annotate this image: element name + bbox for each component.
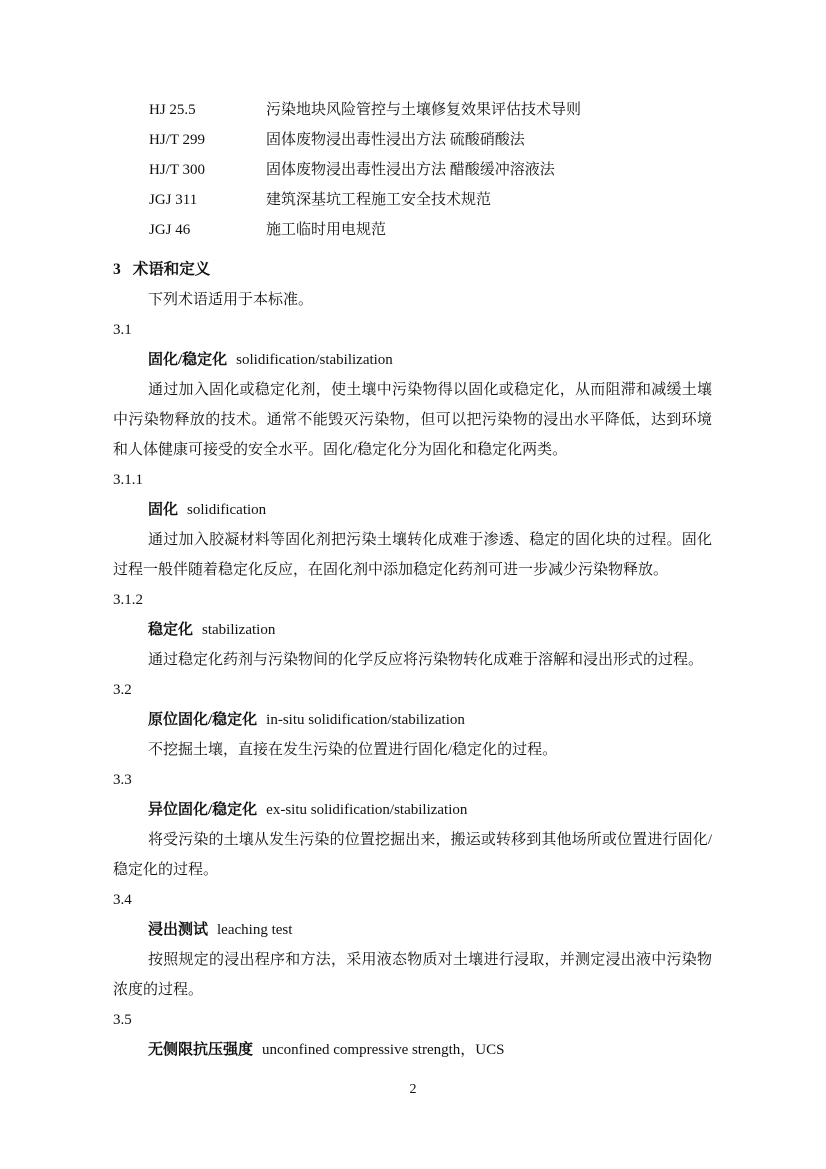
reference-title: 建筑深基坑工程施工安全技术规范 (266, 192, 491, 208)
term-definition: 按照规定的浸出程序和方法，采用液态物质对土壤进行浸取，并测定浸出液中污染物浓度的… (113, 945, 712, 1005)
reference-row: JGJ 311建筑深基坑工程施工安全技术规范 (113, 185, 712, 215)
reference-row: HJ/T 300固体废物浸出毒性浸出方法 醋酸缓冲溶液法 (113, 155, 712, 185)
reference-code: HJ 25.5 (149, 95, 266, 125)
document-page: HJ 25.5污染地块风险管控与土壤修复效果评估技术导则 HJ/T 299固体废… (0, 0, 826, 1169)
reference-row: JGJ 46施工临时用电规范 (113, 215, 712, 245)
term-name-en: unconfined compressive strength，UCS (262, 1042, 504, 1058)
term-name-en: leaching test (217, 922, 292, 938)
term-name-en: stabilization (202, 622, 275, 638)
term-name-cn: 异位固化/稳定化 (148, 802, 257, 818)
reference-title: 施工临时用电规范 (266, 222, 386, 238)
term-number: 3.1 (113, 315, 712, 345)
terms-intro: 下列术语适用于本标准。 (113, 285, 712, 315)
term-line: 原位固化/稳定化in-situ solidification/stabiliza… (113, 705, 712, 735)
term-line: 异位固化/稳定化ex-situ solidification/stabiliza… (113, 795, 712, 825)
reference-code: JGJ 311 (149, 185, 266, 215)
reference-row: HJ 25.5污染地块风险管控与土壤修复效果评估技术导则 (113, 95, 712, 125)
term-name-cn: 原位固化/稳定化 (148, 712, 257, 728)
reference-title: 固体废物浸出毒性浸出方法 醋酸缓冲溶液法 (266, 162, 555, 178)
term-line: 稳定化stabilization (113, 615, 712, 645)
term-name-cn: 固化/稳定化 (148, 352, 227, 368)
term-name-en: solidification (187, 502, 266, 518)
reference-title: 固体废物浸出毒性浸出方法 硫酸硝酸法 (266, 132, 525, 148)
term-block: 3.3 异位固化/稳定化ex-situ solidification/stabi… (113, 765, 712, 885)
page-number: 2 (0, 1080, 826, 1100)
term-definition: 将受污染的土壤从发生污染的位置挖掘出来，搬运或转移到其他场所或位置进行固化/稳定… (113, 825, 712, 885)
reference-code: HJ/T 299 (149, 125, 266, 155)
section-heading-number: 3 (113, 261, 121, 278)
term-name-cn: 稳定化 (148, 622, 193, 638)
term-block: 3.1.1 固化solidification 通过加入胶凝材料等固化剂把污染土壤… (113, 465, 712, 585)
reference-title: 污染地块风险管控与土壤修复效果评估技术导则 (266, 102, 581, 118)
section-heading-label: 术语和定义 (133, 261, 211, 278)
term-name-en: solidification/stabilization (236, 352, 393, 368)
term-line: 固化/稳定化solidification/stabilization (113, 345, 712, 375)
term-name-cn: 浸出测试 (148, 922, 208, 938)
term-number: 3.1.2 (113, 585, 712, 615)
term-block: 3.5 无侧限抗压强度unconfined compressive streng… (113, 1005, 712, 1065)
reference-code: JGJ 46 (149, 215, 266, 245)
term-line: 固化solidification (113, 495, 712, 525)
section-heading: 3术语和定义 (113, 255, 712, 285)
term-name-en: ex-situ solidification/stabilization (266, 802, 467, 818)
term-definition: 通过稳定化药剂与污染物间的化学反应将污染物转化成难于溶解和浸出形式的过程。 (113, 645, 712, 675)
term-number: 3.3 (113, 765, 712, 795)
term-number: 3.2 (113, 675, 712, 705)
term-line: 浸出测试leaching test (113, 915, 712, 945)
term-name-cn: 无侧限抗压强度 (148, 1042, 253, 1058)
page-content: HJ 25.5污染地块风险管控与土壤修复效果评估技术导则 HJ/T 299固体废… (113, 95, 712, 1065)
term-name-cn: 固化 (148, 502, 178, 518)
term-number: 3.4 (113, 885, 712, 915)
term-definition: 通过加入固化或稳定化剂，使土壤中污染物得以固化或稳定化，从而阻滞和减缓土壤中污染… (113, 375, 712, 465)
term-name-en: in-situ solidification/stabilization (266, 712, 465, 728)
term-block: 3.2 原位固化/稳定化in-situ solidification/stabi… (113, 675, 712, 765)
term-definition: 通过加入胶凝材料等固化剂把污染土壤转化成难于渗透、稳定的固化块的过程。固化过程一… (113, 525, 712, 585)
reference-row: HJ/T 299固体废物浸出毒性浸出方法 硫酸硝酸法 (113, 125, 712, 155)
term-block: 3.1.2 稳定化stabilization 通过稳定化药剂与污染物间的化学反应… (113, 585, 712, 675)
term-number: 3.1.1 (113, 465, 712, 495)
reference-code: HJ/T 300 (149, 155, 266, 185)
term-definition: 不挖掘土壤，直接在发生污染的位置进行固化/稳定化的过程。 (113, 735, 712, 765)
references-list: HJ 25.5污染地块风险管控与土壤修复效果评估技术导则 HJ/T 299固体废… (113, 95, 712, 245)
term-block: 3.4 浸出测试leaching test 按照规定的浸出程序和方法，采用液态物… (113, 885, 712, 1005)
term-number: 3.5 (113, 1005, 712, 1035)
term-line: 无侧限抗压强度unconfined compressive strength，U… (113, 1035, 712, 1065)
term-block: 3.1 固化/稳定化solidification/stabilization 通… (113, 315, 712, 465)
